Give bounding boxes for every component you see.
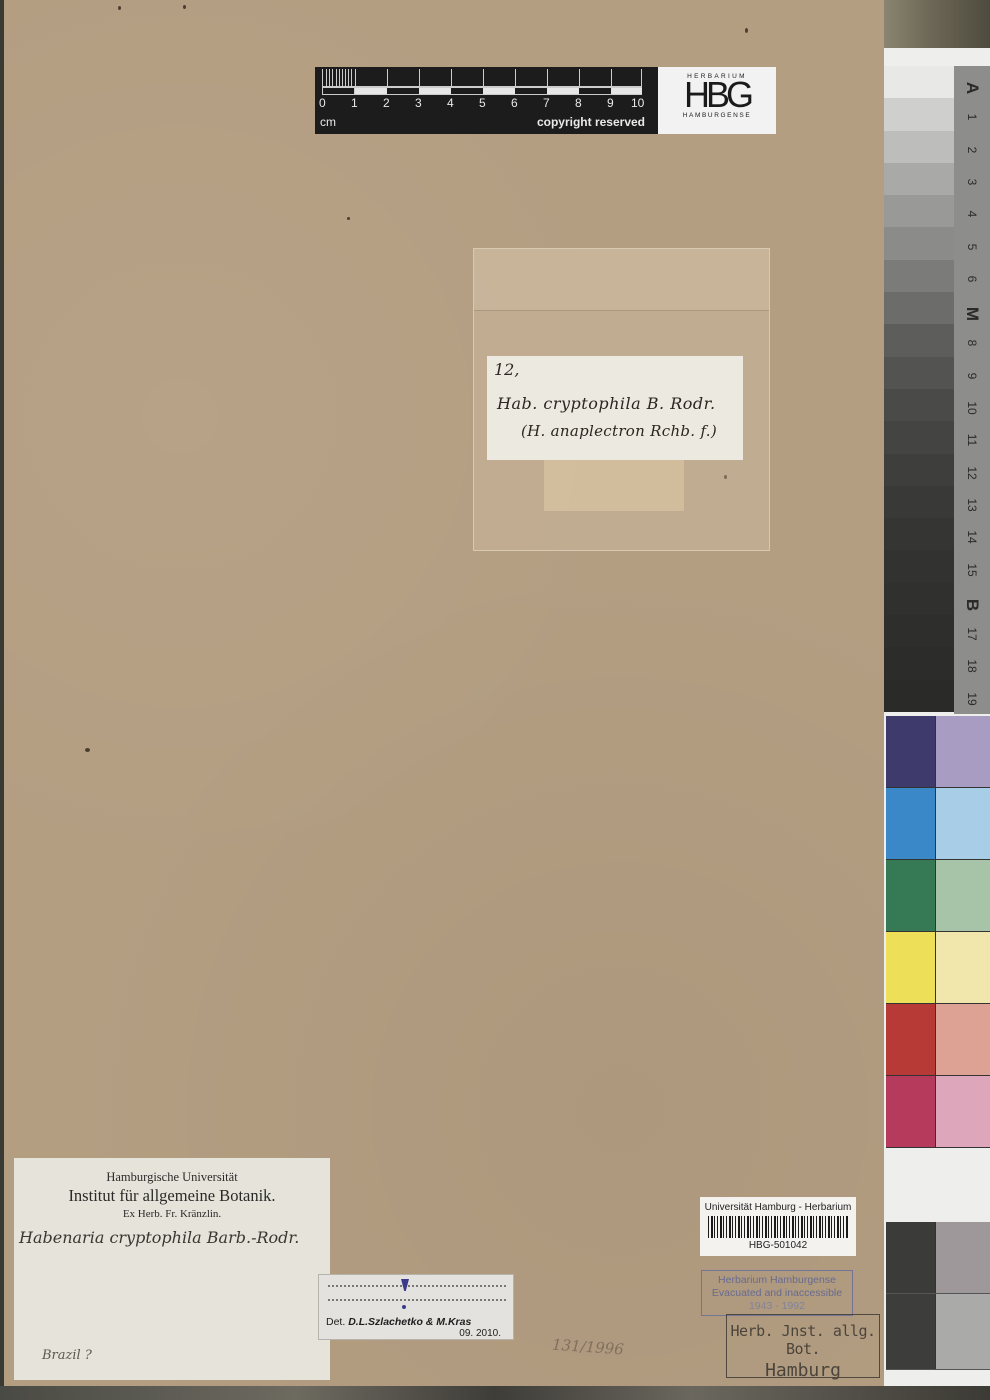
color-patch	[936, 788, 990, 859]
color-patch	[886, 1076, 936, 1147]
color-patch-row	[886, 1294, 990, 1370]
color-patch	[936, 1294, 990, 1369]
scale-label: 18	[965, 648, 979, 684]
scale-label: 1	[965, 99, 979, 135]
scale-label: 11	[965, 422, 979, 458]
ruler-strip	[322, 87, 642, 95]
gray-step	[884, 292, 954, 324]
envelope-label: 12, Hab. cryptophila B. Rodr. (H. anaple…	[487, 356, 743, 460]
gray-step	[884, 454, 954, 486]
gray-step	[884, 647, 954, 679]
ruler-copyright: copyright reserved	[537, 115, 645, 129]
ruler-number: 4	[447, 96, 454, 110]
scale-label: 15	[965, 552, 979, 588]
color-patch	[886, 1222, 936, 1293]
speck	[745, 28, 748, 33]
gray-step	[884, 260, 954, 292]
color-patch	[886, 932, 936, 1003]
herbarium-source: Ex Herb. Fr. Kränzlin.	[14, 1208, 330, 1220]
gray-step	[884, 357, 954, 389]
ruler-numbers: 0 1 2 3 4 5 6 7 8 9 10	[315, 96, 660, 112]
gray-step	[884, 421, 954, 453]
gray-scale-steps	[884, 66, 954, 712]
stamp-city: Hamburg	[727, 1360, 879, 1381]
color-patch	[936, 860, 990, 931]
gray-step	[884, 518, 954, 550]
color-patch-row	[886, 1004, 990, 1076]
color-patch	[886, 1294, 936, 1369]
determination-slip: Det. D.L.Szlachetko & M.Kras 09. 2010.	[318, 1274, 514, 1340]
color-patches	[886, 716, 990, 1148]
label-number: 12,	[494, 360, 519, 379]
gray-step	[884, 615, 954, 647]
scale-label: 9	[965, 358, 979, 394]
institution-label: Hamburgische Universität Institut für al…	[14, 1158, 330, 1380]
barcode-id: HBG-501042	[700, 1240, 856, 1251]
dotted-line	[328, 1285, 506, 1287]
logo-mark: HBG	[658, 80, 776, 110]
logo-bottom-text: HAMBURGENSE	[658, 112, 776, 119]
envelope-contents	[544, 459, 684, 511]
gray-step	[884, 98, 954, 130]
det-prefix: Det.	[326, 1316, 345, 1328]
scale-ruler: 0 1 2 3 4 5 6 7 8 9 10 cm copyright rese…	[315, 67, 660, 134]
ruler-number: 7	[543, 96, 550, 110]
background-shadow	[884, 0, 990, 48]
color-patch-row	[886, 932, 990, 1004]
scale-label: 12	[965, 455, 979, 491]
handwritten-country: Brazil ?	[42, 1348, 92, 1363]
stamp-years: 1943 - 1992	[702, 1300, 852, 1313]
barcode-label: Universität Hamburg - Herbarium HBG-5010…	[700, 1197, 856, 1256]
color-patch-row	[886, 860, 990, 932]
stamp-line: Evacuated and inaccessible	[702, 1287, 852, 1300]
handwritten-taxon: Habenaria cryptophila Barb.-Rodr.	[19, 1228, 299, 1247]
color-patch	[936, 1076, 990, 1147]
gray-step	[884, 324, 954, 356]
ruler-number: 8	[575, 96, 582, 110]
gray-step	[884, 583, 954, 615]
color-patch-row	[886, 1222, 990, 1294]
gray-step	[884, 550, 954, 582]
ruler-number: 1	[351, 96, 358, 110]
envelope-flap	[474, 249, 769, 311]
gray-step	[884, 227, 954, 259]
color-patch-row	[886, 1076, 990, 1148]
color-patch	[886, 788, 936, 859]
color-patch	[936, 932, 990, 1003]
ruler-number: 5	[479, 96, 486, 110]
scale-label: 6	[965, 261, 979, 297]
ruler-number: 6	[511, 96, 518, 110]
determiner: Det. D.L.Szlachetko & M.Kras	[326, 1316, 471, 1328]
hbg-logo: HERBARIUM HBG HAMBURGENSE	[658, 67, 776, 134]
color-patch	[936, 1222, 990, 1293]
speck	[85, 748, 90, 752]
gray-patches	[886, 1222, 990, 1370]
gray-step	[884, 486, 954, 518]
ink-dot-icon	[402, 1305, 406, 1309]
scale-label: 4	[965, 196, 979, 232]
background-shadow-bottom	[0, 1386, 990, 1400]
scale-label: 13	[965, 487, 979, 523]
dotted-line	[328, 1299, 506, 1301]
color-patch	[886, 716, 936, 787]
scale-label: 17	[965, 616, 979, 652]
label-taxon: Hab. cryptophila B. Rodr.	[497, 394, 716, 413]
det-date: 09. 2010.	[459, 1328, 501, 1339]
stamp-line: Herbarium Hamburgense	[702, 1274, 852, 1287]
scale-label: 10	[965, 390, 979, 426]
barcode-title: Universität Hamburg - Herbarium	[700, 1202, 856, 1213]
scale-label: 8	[965, 325, 979, 361]
scale-label: 2	[965, 132, 979, 168]
color-patch	[936, 716, 990, 787]
gray-step	[884, 195, 954, 227]
speck	[118, 6, 121, 10]
gray-step	[884, 680, 954, 712]
ruler-number: 10	[631, 96, 644, 110]
color-calibration-chart: A123456M89101112131415B171819	[884, 48, 990, 1386]
gray-scale-labels: A123456M89101112131415B171819	[954, 66, 990, 714]
ruler-number: 9	[607, 96, 614, 110]
speck	[347, 217, 350, 220]
ruler-ticks	[322, 69, 642, 87]
gray-step	[884, 131, 954, 163]
gray-step	[884, 389, 954, 421]
ruler-number: 0	[319, 96, 326, 110]
color-patch	[936, 1004, 990, 1075]
color-patch	[886, 1004, 936, 1075]
university-name: Hamburgische Universität	[14, 1170, 330, 1185]
color-patch-row	[886, 716, 990, 788]
label-synonym: (H. anaplectron Rchb. f.)	[521, 422, 717, 440]
stamp-line: Herb. Jnst. allg. Bot.	[727, 1322, 879, 1358]
institute-name: Institut für allgemeine Botanik.	[14, 1186, 330, 1206]
speck	[183, 5, 186, 9]
color-patch	[886, 860, 936, 931]
ruler-number: 3	[415, 96, 422, 110]
ruler-unit: cm	[320, 115, 336, 129]
scale-label: 5	[965, 229, 979, 265]
gray-step	[884, 163, 954, 195]
barcode-icon	[708, 1216, 848, 1238]
ruler-number: 2	[383, 96, 390, 110]
evacuated-stamp: Herbarium Hamburgense Evacuated and inac…	[701, 1270, 853, 1316]
gray-step	[884, 66, 954, 98]
det-names: D.L.Szlachetko & M.Kras	[348, 1316, 471, 1328]
color-patch-row	[886, 788, 990, 860]
scale-label: 3	[965, 164, 979, 200]
scale-label: 14	[965, 519, 979, 555]
scale-label: 19	[965, 681, 979, 717]
institute-stamp: Herb. Jnst. allg. Bot. Hamburg	[726, 1314, 880, 1378]
